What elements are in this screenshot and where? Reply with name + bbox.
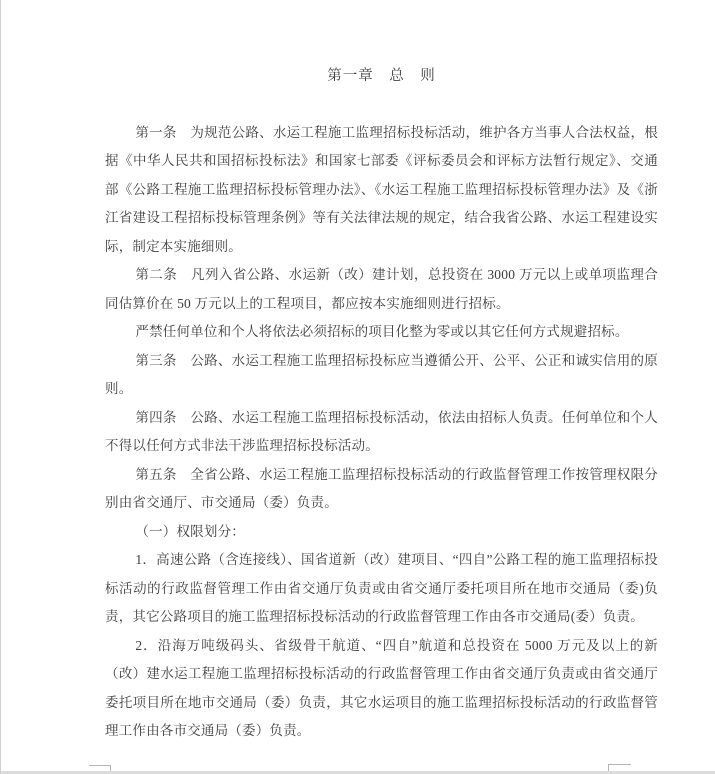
paragraph: 第四条 公路、水运工程施工监理招标投标活动，依法由招标人负责。任何单位和个人不得… xyxy=(105,404,658,461)
paragraph: 第二条 凡列入省公路、水运新（改）建计划，总投资在 3000 万元以上或单项监理… xyxy=(105,261,658,318)
paragraph: 第三条 公路、水运工程施工监理招标投标应当遵循公开、公平、公正和诚实信用的原则。 xyxy=(105,347,658,404)
document-body: 第一条 为规范公路、水运工程施工监理招标投标活动，维护各方当事人合法权益，根据《… xyxy=(105,119,658,746)
paragraph: 严禁任何单位和个人将依法必须招标的项目化整为零或以其它任何方式规避招标。 xyxy=(105,318,658,347)
word-document-view: { "colors":{ "text":"#3c3c3c", "page-bg"… xyxy=(0,0,715,774)
paragraph: 第一条 为规范公路、水运工程施工监理招标投标活动，维护各方当事人合法权益，根据《… xyxy=(105,119,658,262)
paragraph: 1．高速公路（含连接线）、国省道新（改）建项目、“四自”公路工程的施工监理招标投… xyxy=(105,546,658,632)
document-page: 第一章 总 则 第一条 为规范公路、水运工程施工监理招标投标活动，维护各方当事人… xyxy=(0,0,715,774)
document-content: 第一章 总 则 第一条 为规范公路、水运工程施工监理招标投标活动，维护各方当事人… xyxy=(105,62,658,746)
paragraph: 2．沿海万吨级码头、省级骨干航道、“四自”航道和总投资在 5000 万元及以上的… xyxy=(105,632,658,746)
paragraph: 第五条 全省公路、水运工程施工监理招标投标活动的行政监督管理工作按管理权限分别由… xyxy=(105,461,658,518)
paragraph: （一）权限划分： xyxy=(105,518,658,547)
chapter-title: 第一章 总 则 xyxy=(105,62,658,91)
